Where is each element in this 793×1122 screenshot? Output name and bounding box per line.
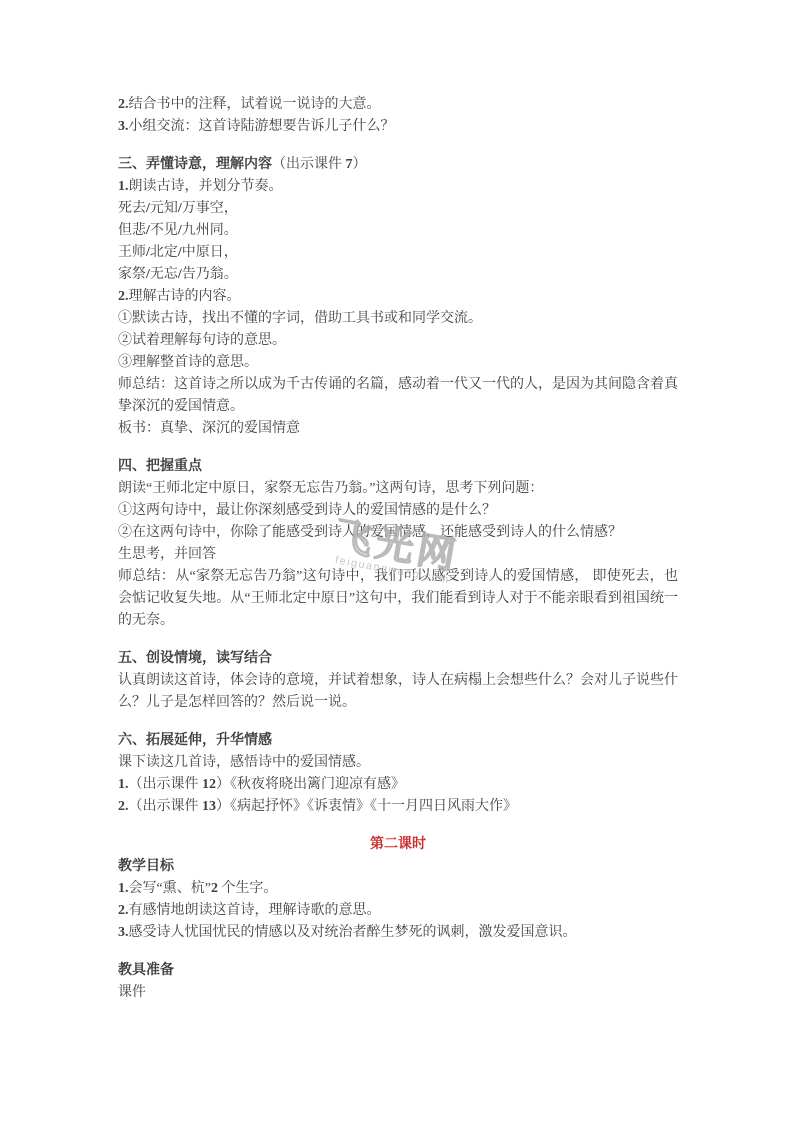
text-line: 师总结：这首诗之所以成为千古传诵的名篇，感动着一代又一代的人，是因为其间隐含着真… [118, 374, 678, 418]
text-line: 2.理解古诗的内容。 [118, 286, 678, 308]
text-run: 1. [118, 777, 129, 792]
text-line: 师总结：从“家祭无忘告乃翁”这句诗中，我们可以感受到诗人的爱国情感， 即使死去，… [118, 566, 678, 632]
text-run: 课件 [118, 985, 146, 1000]
text-run: （出示课件 [129, 799, 203, 814]
blank-line [118, 632, 678, 648]
text-run: 四、把握重点 [118, 459, 202, 474]
text-run: ） [353, 157, 367, 172]
text-run: 死去 [118, 201, 146, 216]
text-line: 家祭/无忘/告乃翁。 [118, 264, 678, 286]
text-run: 家祭 [118, 267, 146, 282]
text-run: 告乃翁。 [182, 267, 238, 282]
text-run: 但悲 [118, 223, 146, 238]
text-line: ③理解整首诗的意思。 [118, 352, 678, 374]
text-run: 3. [118, 119, 129, 134]
text-run: ①默读古诗，找出不懂的字词，借助工具书或和同学交流。 [118, 311, 482, 326]
blank-line [118, 138, 678, 154]
text-run: （出示课件 [272, 157, 346, 172]
text-line: 1.会写“熏、杭”2 个生字。 [118, 878, 678, 900]
text-line: ②在这两句诗中，你除了能感受到诗人的爱国情感，还能感受到诗人的什么情感？ [118, 522, 678, 544]
text-run: 会写“熏、杭” [129, 881, 211, 896]
text-line: 1.（出示课件 12）《秋夜将晓出篱门迎凉有感》 [118, 774, 678, 796]
blank-line [118, 440, 678, 456]
text-run: 小组交流：这首诗陆游想要告诉儿子什么？ [129, 119, 395, 134]
text-line: 教具准备 [118, 960, 678, 982]
text-run: 教学目标 [118, 859, 174, 874]
text-run: 个生字。 [218, 881, 278, 896]
text-run: ）《秋夜将晓出篱门迎凉有感》 [216, 777, 405, 792]
text-run: 12 [202, 777, 216, 792]
text-run: 生思考，并回答 [118, 547, 216, 562]
text-line: 三、弄懂诗意，理解内容（出示课件 7） [118, 154, 678, 176]
text-run: 王师 [118, 245, 146, 260]
text-line: 五、创设情境，读写结合 [118, 648, 678, 670]
text-run: 13 [202, 799, 216, 814]
text-line: 死去/元知/万事空， [118, 198, 678, 220]
text-run: 1. [118, 179, 129, 194]
text-line: ①这两句诗中，最让你深刻感受到诗人的爱国情感的是什么？ [118, 500, 678, 522]
text-run: 五、创设情境，读写结合 [118, 651, 272, 666]
text-run: 元知 [150, 201, 178, 216]
text-line: 板书：真挚、深沉的爱国情意 [118, 418, 678, 440]
text-run: 教具准备 [118, 963, 174, 978]
text-line: 但悲/不见/九州同。 [118, 220, 678, 242]
text-run: 课下读这几首诗，感悟诗中的爱国情感。 [118, 755, 370, 770]
text-run: 朗读“王师北定中原日，家祭无忘告乃翁。”这两句诗，思考下列问题： [118, 481, 543, 496]
text-run: 结合书中的注释，试着说一说诗的大意。 [129, 97, 381, 112]
text-run: 无忘 [150, 267, 178, 282]
text-run: 朗读古诗，并划分节奏。 [129, 179, 283, 194]
text-run: 2 [211, 881, 218, 896]
text-run: ③理解整首诗的意思。 [118, 355, 258, 370]
text-run: 7 [346, 157, 353, 172]
text-run: ①这两句诗中，最让你深刻感受到诗人的爱国情感的是什么？ [118, 503, 496, 518]
text-line: 1.朗读古诗，并划分节奏。 [118, 176, 678, 198]
text-line: 3.感受诗人忧国忧民的情感以及对统治者醉生梦死的讽刺，激发爱国意识。 [118, 922, 678, 944]
text-run: 不见 [150, 223, 178, 238]
text-run: 2. [118, 799, 129, 814]
text-line: 王师/北定/中原日， [118, 242, 678, 264]
text-run: ②试着理解每句诗的意思。 [118, 333, 286, 348]
document-body: 2.结合书中的注释，试着说一说诗的大意。3.小组交流：这首诗陆游想要告诉儿子什么… [118, 94, 678, 1004]
text-line: 2.有感情地朗读这首诗，理解诗歌的意思。 [118, 900, 678, 922]
text-line: 六、拓展延伸，升华情感 [118, 730, 678, 752]
text-run: 认真朗读这首诗，体会诗的意境，并试着想象，诗人在病榻上会想些什么？会对儿子说些什… [118, 673, 678, 710]
text-run: 2. [118, 903, 129, 918]
text-line: 四、把握重点 [118, 456, 678, 478]
text-line: ②试着理解每句诗的意思。 [118, 330, 678, 352]
blank-line [118, 944, 678, 960]
text-run: 2. [118, 289, 129, 304]
text-line: 生思考，并回答 [118, 544, 678, 566]
text-line: 朗读“王师北定中原日，家祭无忘告乃翁。”这两句诗，思考下列问题： [118, 478, 678, 500]
document-page: 2.结合书中的注释，试着说一说诗的大意。3.小组交流：这首诗陆游想要告诉儿子什么… [0, 0, 793, 1122]
text-run: 有感情地朗读这首诗，理解诗歌的意思。 [129, 903, 381, 918]
text-line: 认真朗读这首诗，体会诗的意境，并试着想象，诗人在病榻上会想些什么？会对儿子说些什… [118, 670, 678, 714]
text-line: 课下读这几首诗，感悟诗中的爱国情感。 [118, 752, 678, 774]
text-run: 感受诗人忧国忧民的情感以及对统治者醉生梦死的讽刺，激发爱国意识。 [129, 925, 577, 940]
text-run: 1. [118, 881, 129, 896]
text-line: 2.结合书中的注释，试着说一说诗的大意。 [118, 94, 678, 116]
text-run: （出示课件 [129, 777, 203, 792]
text-run: 六、拓展延伸，升华情感 [118, 733, 272, 748]
text-run: 中原日， [182, 245, 238, 260]
text-run: 3. [118, 925, 129, 940]
text-line: 3.小组交流：这首诗陆游想要告诉儿子什么？ [118, 116, 678, 138]
text-run: 理解古诗的内容。 [129, 289, 241, 304]
text-line: 课件 [118, 982, 678, 1004]
text-run: 万事空， [182, 201, 238, 216]
text-line: 教学目标 [118, 856, 678, 878]
text-run: 三、弄懂诗意，理解内容 [118, 157, 272, 172]
text-line: 2.（出示课件 13）《病起抒怀》《诉衷情》《十一月四日风雨大作》 [118, 796, 678, 818]
text-run: 板书：真挚、深沉的爱国情意 [118, 421, 300, 436]
text-run: 师总结：从“家祭无忘告乃翁”这句诗中，我们可以感受到诗人的爱国情感， 即使死去，… [118, 569, 678, 628]
text-run: ）《病起抒怀》《诉衷情》《十一月四日风雨大作》 [216, 799, 517, 814]
text-run: ②在这两句诗中，你除了能感受到诗人的爱国情感，还能感受到诗人的什么情感？ [118, 525, 622, 540]
text-run: 九州同。 [182, 223, 238, 238]
text-run: 师总结：这首诗之所以成为千古传诵的名篇，感动着一代又一代的人，是因为其间隐含着真… [118, 377, 678, 414]
blank-line [118, 714, 678, 730]
text-run: 北定 [150, 245, 178, 260]
text-line: ①默读古诗，找出不懂的字词，借助工具书或和同学交流。 [118, 308, 678, 330]
text-run: 第二课时 [370, 837, 426, 852]
text-run: 2. [118, 97, 129, 112]
section-title-line: 第二课时 [118, 834, 678, 856]
blank-line [118, 818, 678, 834]
